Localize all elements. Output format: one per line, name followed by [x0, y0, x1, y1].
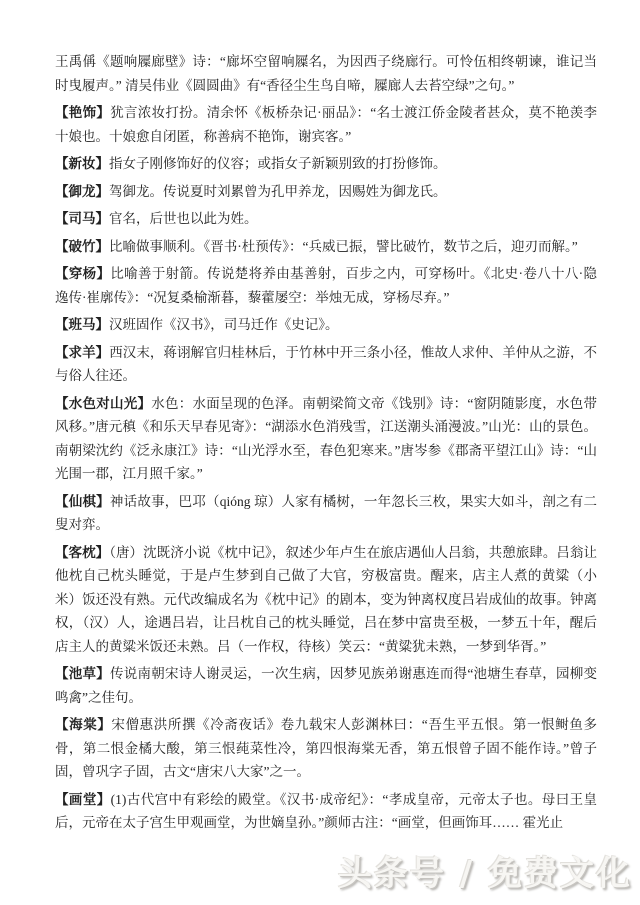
- entry-text: 宋僧惠洪所撰《冷斋夜话》卷九载宋人彭渊林曰：“吾生平五恨。第一恨鲥鱼多骨，第二恨…: [55, 717, 597, 779]
- entry-term: 【艳饰】: [55, 105, 110, 120]
- entry-paragraph: 【仙棋】神话故事，巴邛（qióng 琼）人家有橘树，一年忽长三枚，果实大如斗，剖…: [55, 490, 597, 537]
- entry-term: 【班马】: [55, 317, 109, 332]
- entry-paragraph: 【水色对山光】水色：水面呈现的色泽。南朝梁简文帝《饯别》诗：“窗阴随影度，水色带…: [55, 392, 597, 486]
- entry-paragraph: 【司马】官名，后世也以此为姓。: [55, 207, 597, 231]
- entry-paragraph: 【客枕】（唐）沈既济小说《枕中记》，叙述少年卢生在旅店遇仙人吕翁，共憩旅肆。吕翁…: [55, 541, 597, 659]
- document-page: 王禹偁《题响屧廊壁》诗：“廊坏空留响屧名，为因西子绕廊行。可怜伍相终朝谏，谁记当…: [55, 50, 597, 839]
- entry-term: 【池草】: [55, 666, 110, 681]
- entry-paragraph: 【海棠】宋僧惠洪所撰《冷斋夜话》卷九载宋人彭渊林曰：“吾生平五恨。第一恨鲥鱼多骨…: [55, 713, 597, 784]
- entry-term: 【仙棋】: [55, 494, 110, 509]
- entry-text: 汉班固作《汉书》，司马迁作《史记》。: [109, 317, 339, 332]
- entry-paragraph: 【穿杨】比喻善于射箭。传说楚将养由基善射，百步之内，可穿杨叶。《北史·卷八十八·…: [55, 262, 597, 309]
- entry-term: 【水色对山光】: [55, 396, 151, 411]
- entry-term: 【客枕】: [55, 545, 109, 560]
- entry-text: 官名，后世也以此为姓。: [109, 211, 258, 226]
- entry-term: 【司马】: [55, 211, 109, 226]
- entry-paragraph: 【新妆】指女子刚修饰好的仪容；或指女子新颖别致的打扮修饰。: [55, 152, 597, 176]
- entry-term: 【画堂】: [55, 792, 111, 807]
- entry-text: 王禹偁《题响屧廊壁》诗：“廊坏空留响屧名，为因西子绕廊行。可怜伍相终朝谏，谁记当…: [55, 54, 597, 93]
- entry-paragraph: 【御龙】驾御龙。传说夏时刘累曾为孔甲养龙，因赐姓为御龙氏。: [55, 180, 597, 204]
- entry-paragraph: 王禹偁《题响屧廊壁》诗：“廊坏空留响屧名，为因西子绕廊行。可怜伍相终朝谏，谁记当…: [55, 50, 597, 97]
- entry-text: 传说南朝宋诗人谢灵运，一次生病，因梦见族弟谢惠连而得“池塘生春草，园柳变鸣禽”之…: [55, 666, 597, 705]
- entry-text: 比喻做事顺利。《晋书·杜预传》：“兵威已振，譬比破竹，数节之后，迎刃而解。”: [109, 239, 578, 254]
- entry-paragraph: 【破竹】比喻做事顺利。《晋书·杜预传》：“兵威已振，譬比破竹，数节之后，迎刃而解…: [55, 235, 597, 259]
- entry-text: （唐）沈既济小说《枕中记》，叙述少年卢生在旅店遇仙人吕翁，共憩旅肆。吕翁让他枕自…: [55, 545, 597, 654]
- entry-text: 西汉末，蒋诩解官归桂林后，于竹林中开三条小径，惟故人求仲、羊仲从之游，不与俗人往…: [55, 345, 597, 384]
- entry-term: 【穿杨】: [55, 266, 110, 281]
- entry-paragraph: 【画堂】(1)古代宫中有彩绘的殿堂。《汉书·成帝纪》：“孝成皇帝，元帝太子也。母…: [55, 788, 597, 835]
- entry-text: 驾御龙。传说夏时刘累曾为孔甲养龙，因赐姓为御龙氏。: [109, 184, 447, 199]
- entry-text: 犹言浓妆打扮。清余怀《板桥杂记·丽品》：“名士渡江侨金陵者甚众，莫不艳羡李十娘也…: [55, 105, 597, 144]
- entry-text: (1)古代宫中有彩绘的殿堂。《汉书·成帝纪》：“孝成皇帝，元帝太子也。母曰王皇后…: [55, 792, 597, 831]
- entry-term: 【海棠】: [55, 717, 111, 732]
- entry-paragraph: 【班马】汉班固作《汉书》，司马迁作《史记》。: [55, 313, 597, 337]
- entry-text: 比喻善于射箭。传说楚将养由基善射，百步之内，可穿杨叶。《北史·卷八十八·隐逸传·…: [55, 266, 597, 305]
- entry-term: 【破竹】: [55, 239, 109, 254]
- entry-term: 【新妆】: [55, 156, 109, 171]
- entry-term: 【求羊】: [55, 345, 109, 360]
- entry-paragraph: 【池草】传说南朝宋诗人谢灵运，一次生病，因梦见族弟谢惠连而得“池塘生春草，园柳变…: [55, 662, 597, 709]
- entry-text: 指女子刚修饰好的仪容；或指女子新颖别致的打扮修饰。: [109, 156, 447, 171]
- entry-term: 【御龙】: [55, 184, 109, 199]
- watermark: 头条号 / 免费文化: [338, 846, 632, 895]
- entry-text: 神话故事，巴邛（qióng 琼）人家有橘树，一年忽长三枚，果实大如斗，剖之有二叟…: [55, 494, 597, 533]
- entry-paragraph: 【求羊】西汉末，蒋诩解官归桂林后，于竹林中开三条小径，惟故人求仲、羊仲从之游，不…: [55, 341, 597, 388]
- entry-paragraph: 【艳饰】犹言浓妆打扮。清余怀《板桥杂记·丽品》：“名士渡江侨金陵者甚众，莫不艳羡…: [55, 101, 597, 148]
